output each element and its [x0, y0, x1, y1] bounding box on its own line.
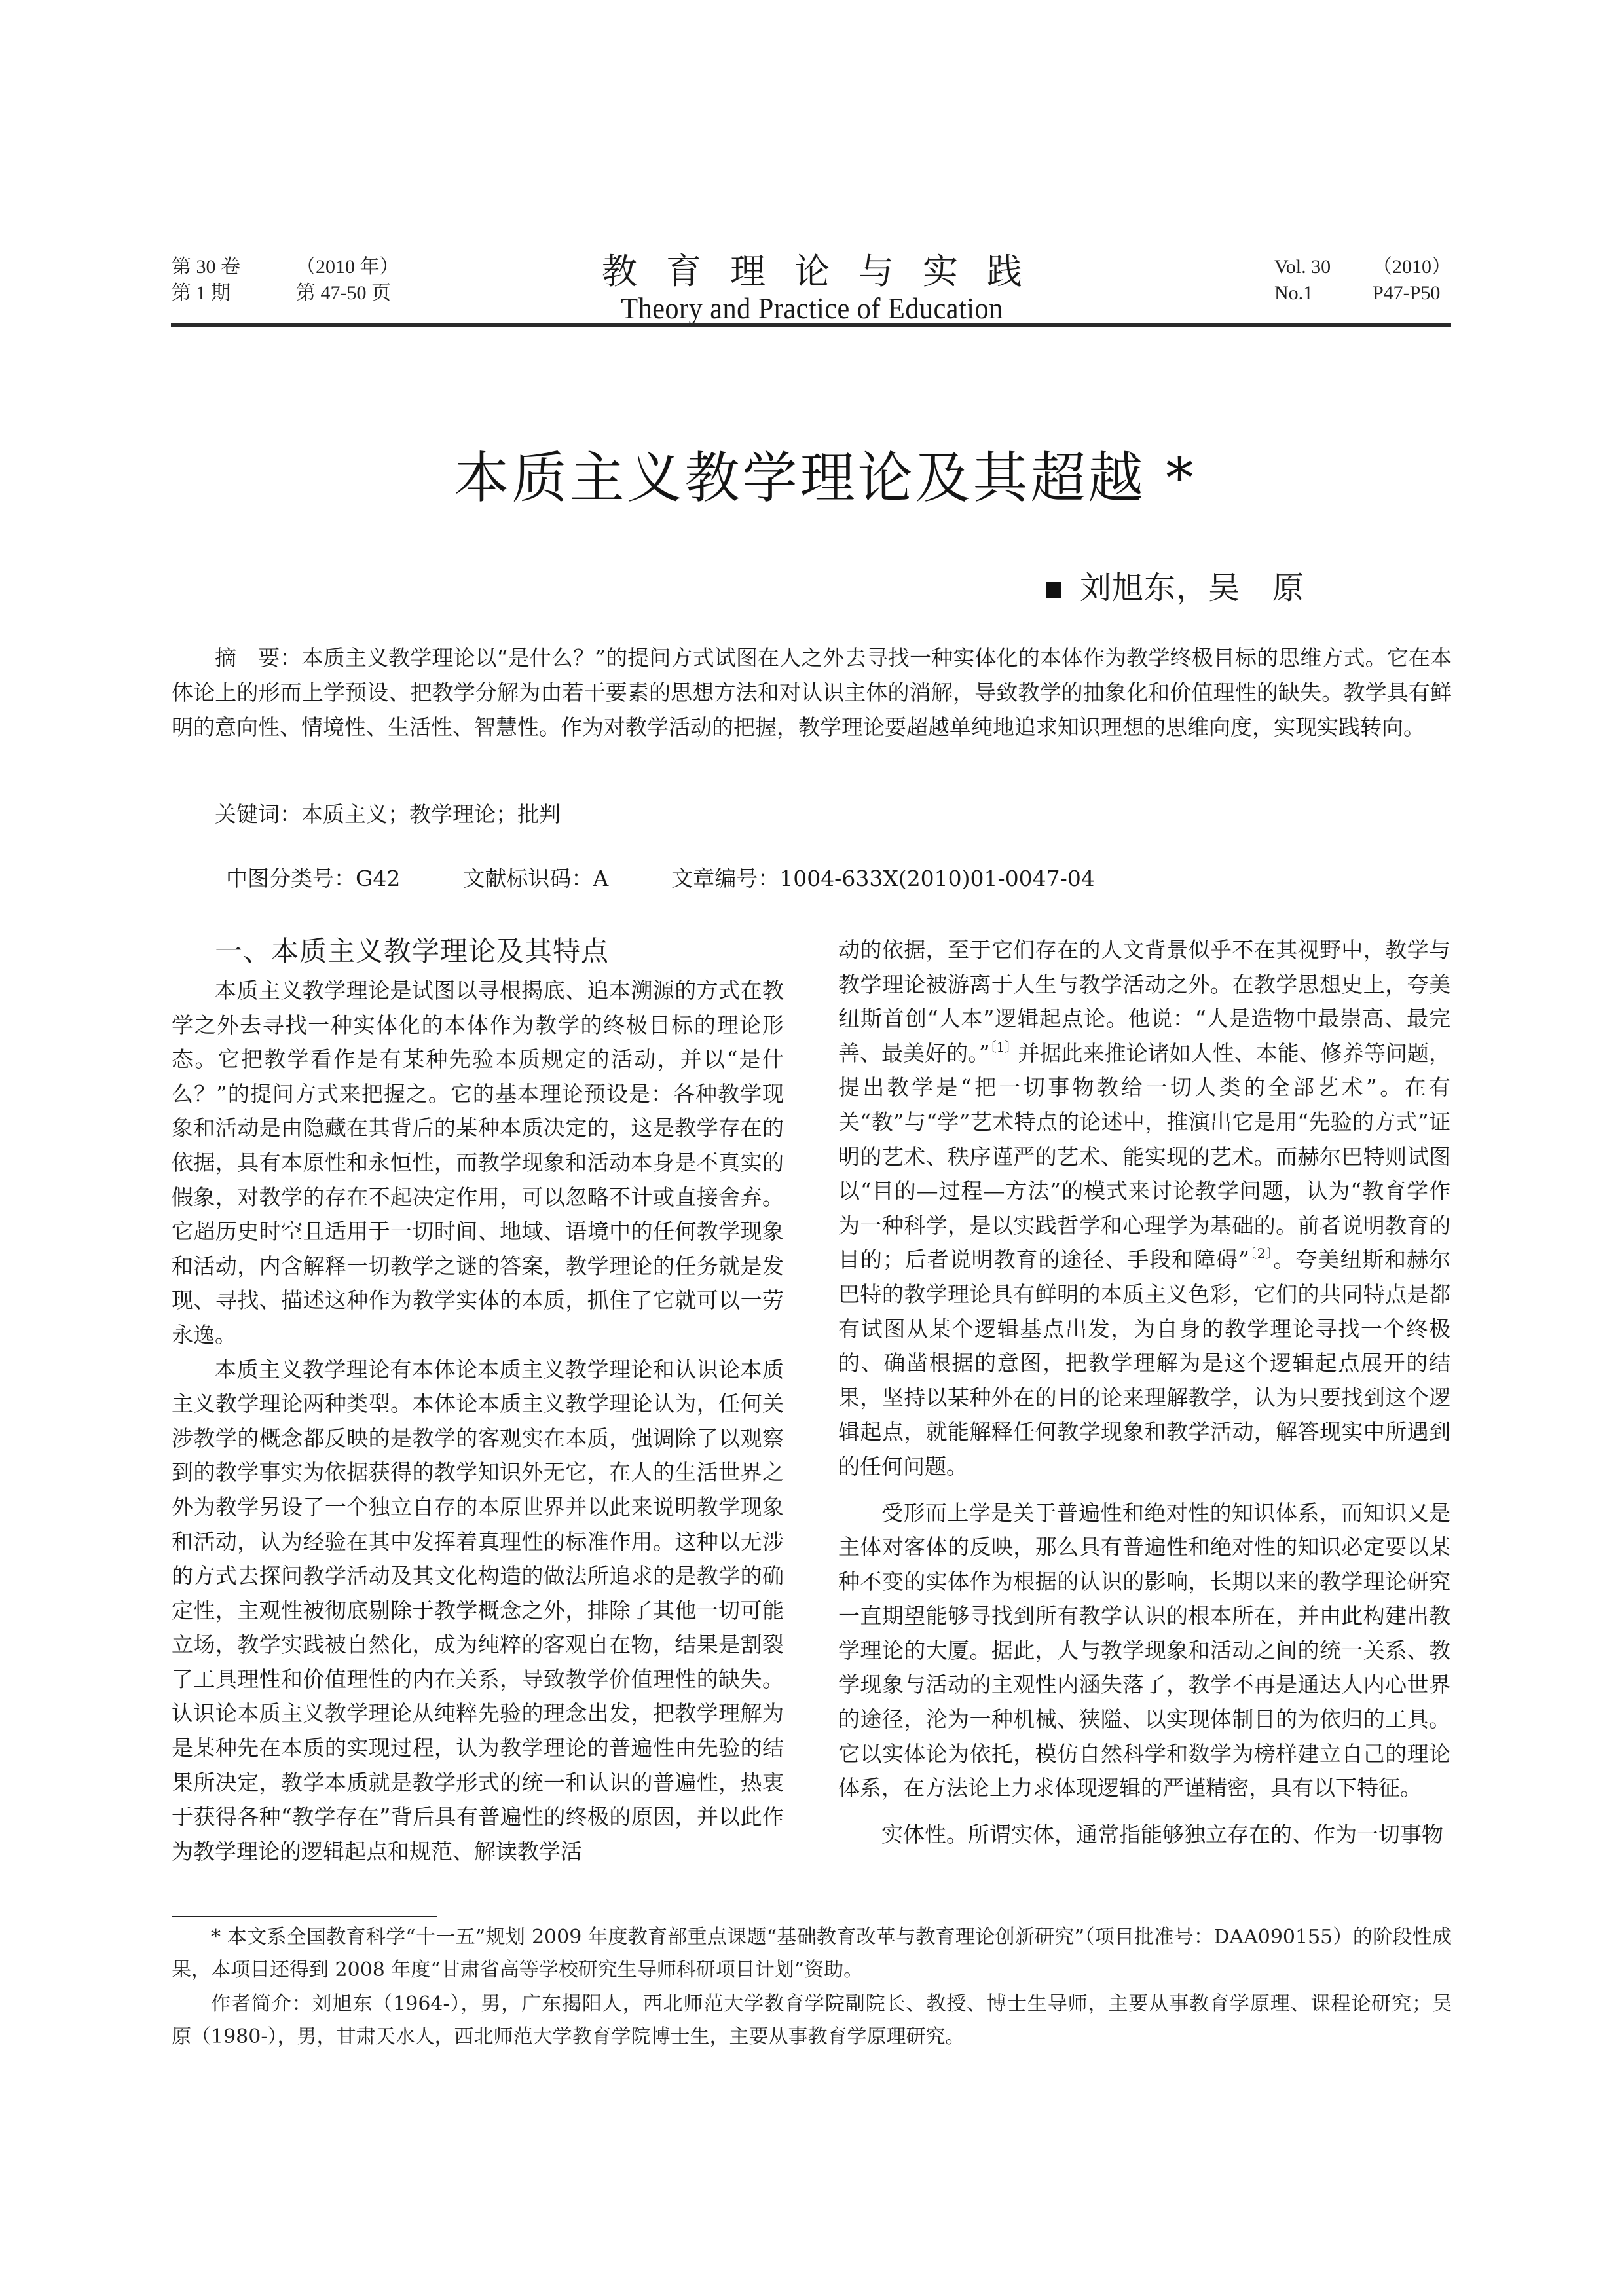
body-paragraph: 动的依据，至于它们存在的人文背景似乎不在其视野中，教学与教学理论被游离于人生与教… [838, 933, 1450, 1484]
author-line: 刘旭东，吴 原 [1046, 568, 1304, 608]
header-rule [171, 323, 1451, 327]
body-paragraph: 实体性。所谓实体，通常指能够独立存在的、作为一切事物 [838, 1818, 1450, 1852]
abstract-text: 本质主义教学理论以“是什么？”的提问方式试图在人之外去寻找一种实体化的本体作为教… [172, 645, 1452, 740]
keywords-label: 关键词： [215, 801, 301, 827]
classification-number: 中图分类号：G42 [226, 863, 400, 894]
article-number: 文章编号：1004-633X(2010)01-0047-04 [671, 863, 1095, 894]
body-column-right: 动的依据，至于它们存在的人文背景似乎不在其视野中，教学与教学理论被游离于人生与教… [838, 933, 1450, 1852]
body-paragraph: 本质主义教学理论是试图以寻根揭底、追本溯源的方式在教学之外去寻找一种实体化的本体… [172, 974, 784, 1353]
volume-label-en: Vol. 30 [1274, 254, 1373, 280]
section-heading: 一、本质主义教学理论及其特点 [172, 933, 784, 970]
paragraph-text: 并据此来推论诸如人性、本能、修养等问题，提出教学是“把一切事物教给一切人类的全部… [838, 1040, 1450, 1273]
funding-note: * 本文系全国教育科学“十一五”规划 2009 年度教育部重点课题“基础教育改革… [172, 1921, 1452, 1987]
citation-marker[interactable]: 〔2〕 [1249, 1245, 1274, 1261]
running-header-right: Vol. 30 （2010） No.1 P47-P50 [1274, 254, 1451, 306]
keywords: 关键词：本质主义；教学理论；批判 [215, 799, 561, 830]
document-code: 文献标识码：A [463, 863, 608, 894]
classification-line: 中图分类号：G42 文献标识码：A 文章编号：1004-633X(2010)01… [226, 863, 1158, 894]
paragraph-text: 。夸美纽斯和赫尔巴特的教学理论具有鲜明的本质主义色彩，它们的共同特点是都有试图从… [838, 1247, 1450, 1479]
body-paragraph: 受形而上学是关于普遍性和绝对性的知识体系，而知识又是主体对客体的反映，那么具有普… [838, 1496, 1450, 1806]
footnotes: * 本文系全国教育科学“十一五”规划 2009 年度教育部重点课题“基础教育改革… [172, 1921, 1452, 2055]
square-bullet-icon [1046, 582, 1061, 598]
pages-label-en: P47-P50 [1373, 280, 1440, 306]
author-bio-note: 作者简介：刘旭东（1964-），男，广东揭阳人，西北师范大学教育学院副院长、教授… [172, 1988, 1452, 2053]
article-title: 本质主义教学理论及其超越 * [0, 445, 1624, 511]
body-paragraph: 本质主义教学理论有本体论本质主义教学理论和认识论本质主义教学理论两种类型。本体论… [172, 1353, 784, 1869]
abstract-label: 摘 要： [215, 645, 302, 670]
year-label-en: （2010） [1373, 254, 1451, 280]
body-column-left: 一、本质主义教学理论及其特点 本质主义教学理论是试图以寻根揭底、追本溯源的方式在… [172, 933, 784, 1869]
issue-label-en: No.1 [1274, 280, 1373, 306]
footnote-rule [172, 1916, 437, 1917]
keywords-text: 本质主义；教学理论；批判 [301, 801, 561, 827]
author-names: 刘旭东，吴 原 [1080, 568, 1304, 608]
citation-marker[interactable]: 〔1〕 [990, 1039, 1018, 1055]
abstract: 摘 要：本质主义教学理论以“是什么？”的提问方式试图在人之外去寻找一种实体化的本… [172, 640, 1452, 744]
